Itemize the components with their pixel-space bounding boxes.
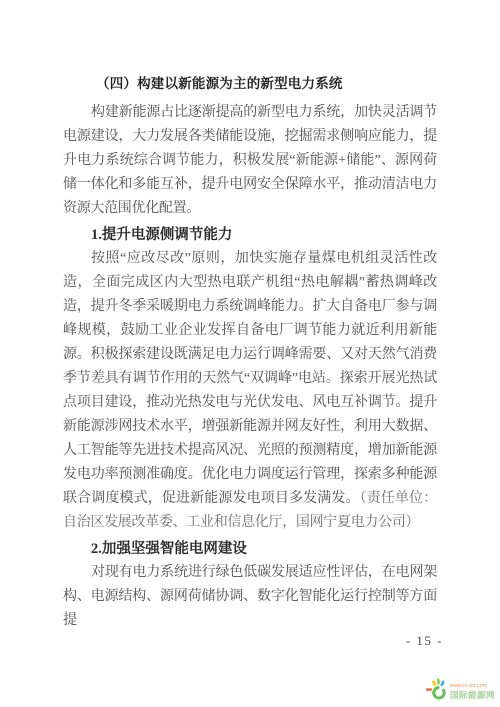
watermark: www.in-en.com 国际能源网 [426,677,495,701]
section-2-paragraph: 对现有电力系统进行绿色低碳发展适应性评估，在电网架构、电源结构、源网荷储协调、数… [63,561,437,633]
section-1-paragraph: 按照“应改尽改”原则，加快实施存量煤电机组灵活性改造，全面完成区内大型热电联产机… [63,247,437,535]
document-page: （四）构建以新能源为主的新型电力系统 构建新能源占比逐渐提高的新型电力系统，加快… [0,0,500,707]
section-heading: （四）构建以新能源为主的新型电力系统 [63,72,437,96]
document-content: （四）构建以新能源为主的新型电力系统 构建新能源占比逐渐提高的新型电力系统，加快… [63,72,437,633]
subheading-power-source-regulation: 1.提升电源侧调节能力 [63,223,437,247]
subheading-smart-grid: 2.加强坚强智能电网建设 [63,537,437,561]
page-number: - 15 - [406,633,443,649]
section-1-body: 按照“应改尽改”原则，加快实施存量煤电机组灵活性改造，全面完成区内大型热电联产机… [63,251,437,506]
energy-sun-logo-icon [426,677,448,701]
watermark-text: www.in-en.com 国际能源网 [450,684,495,701]
watermark-site-name: 国际能源网 [450,691,495,700]
watermark-url: www.in-en.com [450,684,495,690]
intro-paragraph: 构建新能源占比逐渐提高的新型电力系统，加快灵活调节电源建设，大力发展各类储能设施… [63,101,437,221]
